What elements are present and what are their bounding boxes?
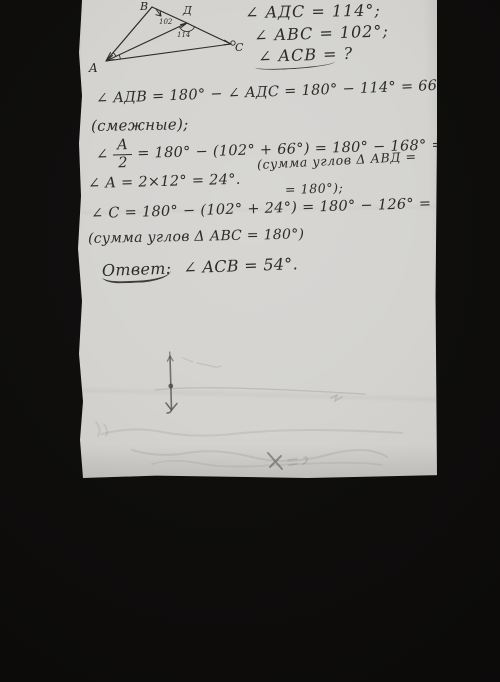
given-angle-adc: ∠ AДC = 114°; [245,1,381,22]
arrow-shaft [170,356,172,410]
vertex-b-label: B [139,0,148,13]
answer-line: Ответ: ∠ ACB = 54°. [102,254,299,284]
photo-black-background: A B Д C 102 114 ∠ AДC = 114°; ∠ ABC = 10… [0,0,500,682]
angle-symbol: ∠ [96,147,109,163]
fraction-denominator: 2 [118,155,128,171]
angle-arc-a1 [113,53,116,57]
faint-scribble-upper [183,358,221,367]
solution-note-sum-abc: (сумма углов Δ АВС = 180°) [88,226,305,247]
point-d-label: Д [182,4,193,17]
vertex-a-label: A [88,61,98,75]
faint-scribble-right [331,395,342,401]
angle-d-value: 114 [177,31,190,39]
angle-b-value: 102 [159,18,173,26]
faint-squiggle-1 [102,429,402,435]
bottom-bleedthrough-marks [92,420,432,476]
angle-arc-a2 [119,55,120,59]
solution-note-sum-abd-2: = 180°); [285,180,344,197]
notebook-page: A B Д C 102 114 ∠ AДC = 114°; ∠ ABC = 10… [77,0,437,478]
given-angle-abc: ∠ ABC = 102°; [254,21,389,45]
faint-squiggle-3 [152,461,382,467]
answer-value: ∠ ACB = 54°. [183,254,298,277]
faint-horizontal-line [155,388,365,394]
solution-step-angle-c: ∠ C = 180° − (102° + 24°) = 180° − 126° … [91,195,468,222]
fraction-a-over-2: A 2 [113,138,133,171]
double-arrow-bleedthrough [155,344,375,428]
solution-note-adjacent: (смежные); [91,115,189,135]
fraction-numerator: A [113,138,132,155]
midpoint-dot [168,384,173,389]
answer-label: Ответ: [102,259,172,284]
triangle-diagram: A B Д C 102 114 [83,0,255,86]
faint-squiggle-2 [132,450,387,461]
solution-step-angle-a: ∠ A = 2×12° = 24°. [88,172,241,192]
vertex-c-label: C [235,41,244,54]
